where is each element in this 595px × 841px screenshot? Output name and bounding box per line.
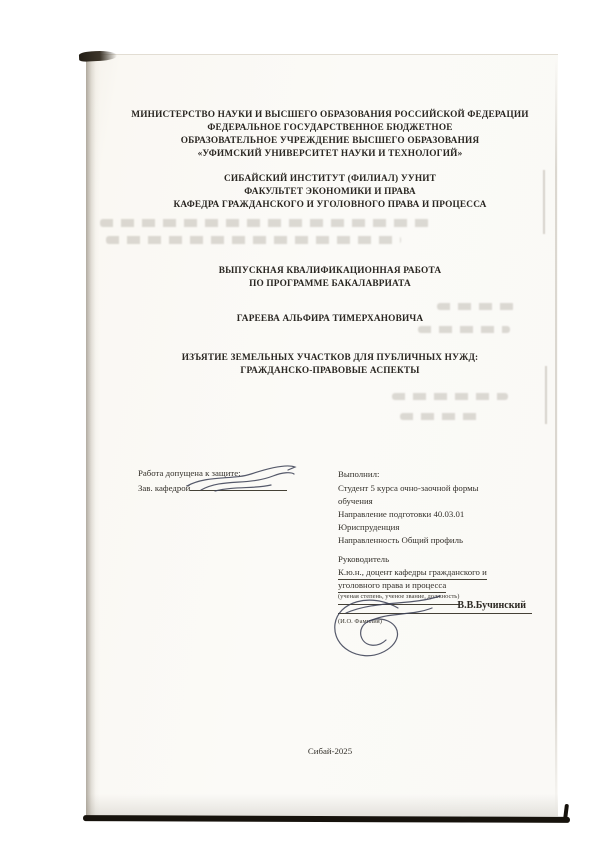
- department-name: КАФЕДРА ГРАЖДАНСКОГО И УГОЛОВНОГО ПРАВА …: [95, 199, 565, 211]
- performer-heading: Выполнил:: [338, 468, 379, 480]
- performer-line-2: обучения: [338, 495, 373, 507]
- ministry-line-1: МИНИСТЕРСТВО НАУКИ И ВЫСШЕГО ОБРАЗОВАНИЯ…: [95, 109, 565, 121]
- university-name: «УФИМСКИЙ УНИВЕРСИТЕТ НАУКИ И ТЕХНОЛОГИЙ…: [95, 148, 565, 160]
- institute-name: СИБАЙСКИЙ ИНСТИТУТ (ФИЛИАЛ) УУНИТ: [95, 173, 565, 185]
- scanned-thesis-title-page: { "doc": { "ministry": [ "МИНИСТЕРСТВО Н…: [0, 0, 595, 841]
- thesis-title-line-1: ИЗЪЯТИЕ ЗЕМЕЛЬНЫХ УЧАСТКОВ ДЛЯ ПУБЛИЧНЫХ…: [95, 352, 565, 364]
- bleedthrough-artifact: [106, 236, 401, 244]
- page-background: [86, 54, 558, 818]
- faculty-name: ФАКУЛЬТЕТ ЭКОНОМИКИ И ПРАВА: [95, 186, 565, 198]
- bleedthrough-artifact: [437, 303, 515, 310]
- page-right-edge: [555, 58, 557, 814]
- work-type-line-2: ПО ПРОГРАММЕ БАКАЛАВРИАТА: [95, 278, 565, 290]
- supervisor-signature: [326, 590, 456, 668]
- city-year: Сибай-2025: [95, 745, 565, 757]
- supervisor-position-line-1: К.ю.н., доцент кафедры гражданского и: [338, 566, 487, 580]
- author-name: ГАРЕЕВА АЛЬФИРА ТИМЕРХАНОВИЧА: [95, 313, 565, 325]
- performer-line-1: Студент 5 курса очно-заочной формы: [338, 482, 479, 494]
- performer-line-5: Направленность Общий профиль: [338, 534, 463, 546]
- bleedthrough-artifact: [100, 219, 430, 227]
- performer-line-3: Направление подготовки 40.03.01: [338, 508, 464, 520]
- bleedthrough-artifact: [392, 393, 508, 400]
- work-type-line-1: ВЫПУСКНАЯ КВАЛИФИКАЦИОННАЯ РАБОТА: [95, 265, 565, 277]
- scan-bottom-edge: [83, 815, 570, 823]
- ministry-line-2: ФЕДЕРАЛЬНОЕ ГОСУДАРСТВЕННОЕ БЮДЖЕТНОЕ: [95, 122, 565, 134]
- page-top-edge: [86, 54, 558, 55]
- supervisor-position-text-1: К.ю.н., доцент кафедры гражданского и: [338, 566, 487, 580]
- page-bottom-shading: [86, 794, 558, 816]
- bleedthrough-artifact: [400, 413, 484, 420]
- thesis-title-line-2: ГРАЖДАНСКО-ПРАВОВЫЕ АСПЕКТЫ: [95, 365, 565, 377]
- department-head-signature: [183, 460, 301, 494]
- ministry-line-3: ОБРАЗОВАТЕЛЬНОЕ УЧРЕЖДЕНИЕ ВЫСШЕГО ОБРАЗ…: [95, 135, 565, 147]
- supervisor-heading: Руководитель: [338, 553, 389, 565]
- performer-line-4: Юриспруденция: [338, 521, 399, 533]
- binding-shadow: [86, 54, 100, 818]
- bleedthrough-artifact: [418, 326, 510, 333]
